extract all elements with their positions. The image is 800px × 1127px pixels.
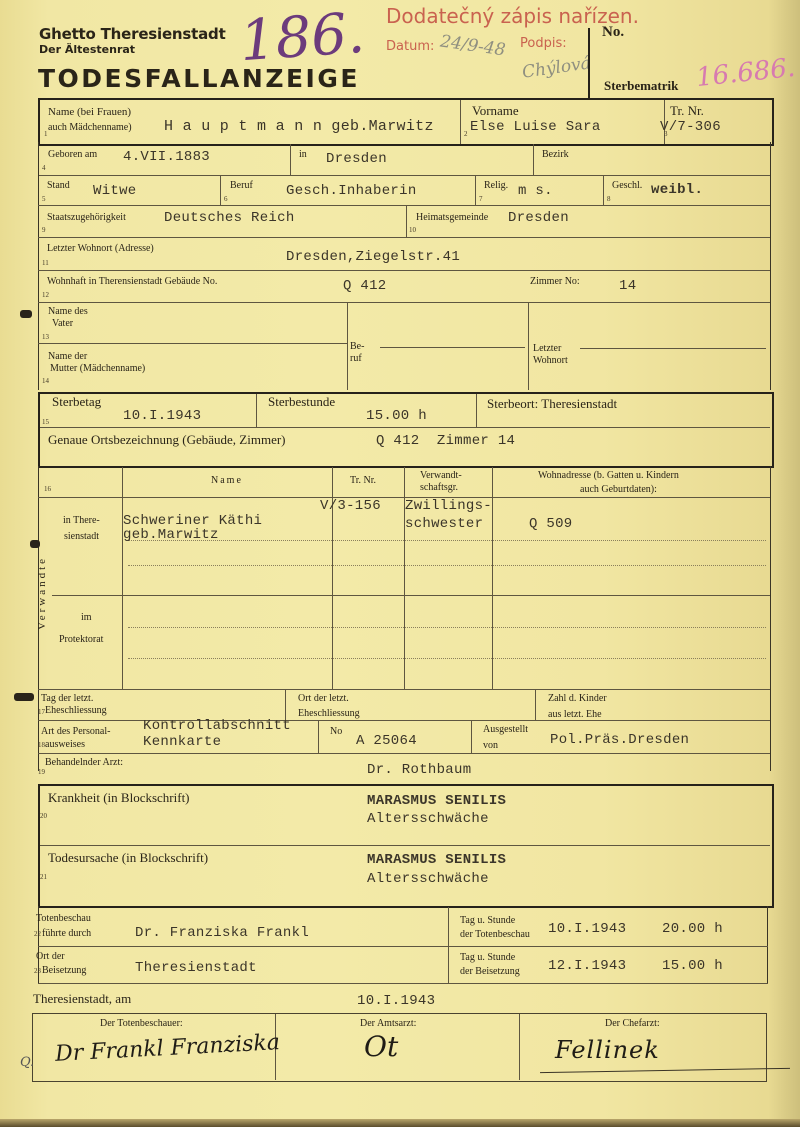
stand-label: Stand xyxy=(47,180,70,191)
no-label: No. xyxy=(602,24,624,41)
row-divider xyxy=(38,946,768,947)
divider xyxy=(318,721,319,753)
row-divider xyxy=(38,237,770,238)
todesursache-value-2: Altersschwäche xyxy=(367,871,489,887)
letzter-wohnort-label-2: Wohnort xyxy=(533,355,568,366)
row-divider xyxy=(38,175,770,176)
place-date-label: Theresienstadt, am xyxy=(33,991,131,1007)
sterbeort-label: Sterbeort: Theresienstadt xyxy=(487,398,617,410)
sterbestunde-value: 15.00 h xyxy=(366,408,427,424)
totenbeschau-date: 10.I.1943 xyxy=(548,921,626,937)
todesursache-value: MARASMUS SENILIS xyxy=(367,852,506,868)
divider xyxy=(492,467,493,689)
beruf-line xyxy=(380,347,525,348)
heimat-value: Dresden xyxy=(508,210,569,226)
arzt-value: Dr. Rothbaum xyxy=(367,762,471,778)
relative-address: Q 509 xyxy=(529,516,573,532)
entry-line xyxy=(128,540,766,541)
divider xyxy=(476,394,477,427)
staat-value: Deutsches Reich xyxy=(164,210,295,226)
relative-name-2: geb.Marwitz xyxy=(123,527,219,543)
divider xyxy=(256,394,257,427)
field-number: 14 xyxy=(42,378,49,385)
wohnort-line xyxy=(580,348,766,349)
relative-relationship: Zwillings- xyxy=(405,498,492,514)
eheschliessung-tag-label-2: Eheschliessung xyxy=(45,705,107,716)
org-subtitle: Der Ältestenrat xyxy=(39,43,135,56)
stamp-datum-value: 24/9-48 xyxy=(439,32,507,61)
field-number: 21 xyxy=(40,874,47,881)
totenbeschauer-label: Der Totenbeschauer: xyxy=(100,1018,183,1029)
sterbematrik-value: 16.686. xyxy=(695,53,797,93)
field-number: 1 xyxy=(44,131,48,138)
ortsbezeichnung-label: Genaue Ortsbezeichnung (Gebäude, Zimmer) xyxy=(48,434,286,446)
stamp-text: Dodatečný zápis nařízen. xyxy=(386,4,639,28)
field-number: 12 xyxy=(42,292,49,299)
section-number: 16 xyxy=(44,486,51,493)
left-border xyxy=(38,142,39,390)
row-divider xyxy=(38,270,770,271)
geboren-label: Geboren am xyxy=(48,149,97,160)
death-notice-document: Ghetto Theresienstadt Der Ältestenrat TO… xyxy=(0,0,800,1127)
field-number: 19 xyxy=(38,769,45,776)
vorname-value: Else Luise Sara xyxy=(470,119,601,135)
row-divider xyxy=(38,343,348,344)
handwritten-number: 186. xyxy=(238,4,367,73)
trnr-value: V/7-306 xyxy=(660,119,721,135)
ausweis-art-label: Art des Personal- xyxy=(41,726,110,737)
field-number: 13 xyxy=(42,334,49,341)
beruf2-label: Be- xyxy=(350,341,364,352)
bezirk-label: Bezirk xyxy=(542,149,569,160)
col-header-name: Name xyxy=(211,475,243,486)
divider xyxy=(471,721,472,753)
in-label: in xyxy=(299,149,307,160)
krankheit-label: Krankheit (in Blockschrift) xyxy=(48,792,190,804)
trnr-label: Tr. Nr. xyxy=(670,105,704,117)
divider xyxy=(285,690,286,720)
beisetzung-hour: 15.00 h xyxy=(662,958,723,974)
field-number: 15 xyxy=(42,419,49,426)
beruf-value: Gesch.Inhaberin xyxy=(286,183,417,199)
divider xyxy=(122,467,123,689)
birthplace-value: Dresden xyxy=(326,151,387,167)
divider xyxy=(347,303,348,390)
entry-line xyxy=(128,627,766,628)
col-header-verwandtschaft: Verwandt- xyxy=(420,470,462,481)
divider xyxy=(406,206,407,237)
stamp-podpis-value: Chýlová xyxy=(521,53,592,82)
sterbetag-label: Sterbetag xyxy=(52,396,101,408)
row-divider xyxy=(38,205,770,206)
geschl-label: Geschl. xyxy=(612,180,642,191)
amtsarzt-label: Der Amtsarzt: xyxy=(360,1018,416,1029)
mutter-label: Name der xyxy=(48,351,87,362)
divider xyxy=(603,176,604,205)
divider xyxy=(528,303,529,390)
field-number: 17 xyxy=(38,709,45,716)
field-number: 2 xyxy=(464,131,468,138)
row-divider xyxy=(38,689,770,690)
geboren-value: 4.VII.1883 xyxy=(123,149,210,165)
col-header-wohnadresse: Wohnadresse (b. Gatten u. Kindern xyxy=(538,470,679,481)
row-divider xyxy=(38,983,768,984)
field-number: 18 xyxy=(38,742,45,749)
beisetzung-ort-value: Theresienstadt xyxy=(135,960,257,976)
stamp-datum-label: Datum: xyxy=(386,39,434,54)
kinder-label: Zahl d. Kinder xyxy=(548,693,607,704)
field-number: 3 xyxy=(664,131,668,138)
divider xyxy=(519,1014,520,1080)
chefarzt-label: Der Chefarzt: xyxy=(605,1018,660,1029)
right-border xyxy=(770,142,771,390)
vater-label-2: Vater xyxy=(52,318,73,329)
entry-line xyxy=(128,565,766,566)
totenbeschau-time-label: Tag u. Stunde xyxy=(460,915,515,926)
group-protektorat-label: im xyxy=(81,612,92,623)
row-divider xyxy=(40,845,770,846)
group-divider xyxy=(52,595,770,596)
krankheit-value: MARASMUS SENILIS xyxy=(367,793,506,809)
org-name: Ghetto Theresienstadt xyxy=(39,25,226,43)
vorname-label: Vorname xyxy=(472,105,519,117)
relative-relationship-2: schwester xyxy=(405,516,483,532)
field-number: 9 xyxy=(42,227,46,234)
krankheit-value-2: Altersschwäche xyxy=(367,811,489,827)
relig-value: m s. xyxy=(518,183,553,199)
ausweis-art-value-2: Kennkarte xyxy=(143,734,221,750)
group-theresienstadt-label-2: sienstadt xyxy=(64,531,99,542)
ausgestellt-value: Pol.Präs.Dresden xyxy=(550,732,689,748)
binder-hole xyxy=(30,540,40,548)
verwandte-side-label: Verwandte xyxy=(36,556,48,630)
relative-trnr: V/3-156 xyxy=(320,498,381,514)
totenbeschau-label: Totenbeschau xyxy=(36,913,91,924)
name-label: Name (bei Frauen) xyxy=(48,106,131,118)
stamp-podpis-label: Podpis: xyxy=(520,36,567,51)
ausweis-art-label-2: ausweises xyxy=(45,739,85,750)
group-protektorat-label-2: Protektorat xyxy=(59,634,103,645)
group-theresienstadt-label: in There- xyxy=(63,515,100,526)
totenbeschau-value: Dr. Franziska Frankl xyxy=(135,925,309,941)
geschl-value: weibl. xyxy=(651,182,703,198)
entry-line xyxy=(128,658,766,659)
field-number: 11 xyxy=(42,260,49,267)
ausweis-no-value: A 25064 xyxy=(356,733,417,749)
ausweis-art-value: Kontrollabschnitt xyxy=(143,718,291,734)
field-number: 10 xyxy=(409,227,416,234)
sterbetag-value: 10.I.1943 xyxy=(123,408,201,424)
right-border xyxy=(770,466,771,771)
field-number: 6 xyxy=(224,196,228,203)
row-divider xyxy=(38,302,770,303)
mutter-label-2: Mutter (Mädchenname) xyxy=(50,363,145,374)
relig-label: Relig. xyxy=(484,180,508,191)
field-number: 4 xyxy=(42,165,46,172)
row-divider xyxy=(40,427,770,428)
stand-value: Witwe xyxy=(93,183,137,199)
heimat-label: Heimatsgemeinde xyxy=(416,212,488,223)
beisetzung-ort-label-2: Beisetzung xyxy=(42,965,86,976)
ortsbezeichnung-value: Q 412 Zimmer 14 xyxy=(376,433,515,449)
wohnort-label: Letzter Wohnort (Adresse) xyxy=(47,243,154,254)
beisetzung-time-label: Tag u. Stunde xyxy=(460,952,515,963)
chefarzt-signature: Fellinek xyxy=(555,1036,660,1064)
col-header-wohnadresse-2: auch Geburtdaten): xyxy=(580,484,657,495)
field-number: 8 xyxy=(607,196,611,203)
wohnort-value: Dresden,Ziegelstr.41 xyxy=(286,249,460,265)
field-number: 7 xyxy=(479,196,483,203)
col-header-verwandtschaft-2: schaftsgr. xyxy=(420,482,458,493)
divider xyxy=(475,176,476,205)
field-number: 23 xyxy=(34,968,41,975)
todesursache-label: Todesursache (in Blockschrift) xyxy=(48,852,208,864)
binder-hole xyxy=(14,693,34,701)
ausgestellt-label-2: von xyxy=(483,740,498,751)
zimmer-value: 14 xyxy=(619,278,636,294)
divider xyxy=(460,100,461,144)
row-divider xyxy=(38,753,770,754)
staat-label: Staatszugehörigkeit xyxy=(47,212,126,223)
header-divider xyxy=(588,28,590,98)
margin-mark: Q. xyxy=(20,1055,34,1070)
ausgestellt-label: Ausgestellt xyxy=(483,724,528,735)
death-box xyxy=(38,392,774,468)
divider xyxy=(448,907,449,983)
letzter-wohnort-label: Letzter xyxy=(533,343,561,354)
field-number: 22 xyxy=(34,931,41,938)
amtsarzt-signature: Ot xyxy=(364,1030,398,1063)
divider xyxy=(535,690,536,720)
eheschliessung-tag-label: Tag der letzt. xyxy=(41,693,93,704)
eheschliessung-ort-label: Ort der letzt. xyxy=(298,693,349,704)
divider xyxy=(220,176,221,205)
divider xyxy=(533,144,534,175)
divider xyxy=(290,144,291,175)
totenbeschau-time-label-2: der Totenbeschau xyxy=(460,929,530,940)
name-label-2: auch Mädchenname) xyxy=(48,122,132,134)
binder-hole xyxy=(20,310,32,318)
arzt-label: Behandelnder Arzt: xyxy=(45,757,123,768)
beruf2-label-2: ruf xyxy=(350,353,362,364)
vater-label: Name des xyxy=(48,306,88,317)
beisetzung-ort-label: Ort der xyxy=(36,951,65,962)
beisetzung-date: 12.I.1943 xyxy=(548,958,626,974)
col-header-trnr: Tr. Nr. xyxy=(350,475,376,486)
sterbestunde-label: Sterbestunde xyxy=(268,396,335,408)
field-number: 5 xyxy=(42,196,46,203)
zimmer-label: Zimmer No: xyxy=(530,276,580,287)
kinder-label-2: aus letzt. Ehe xyxy=(548,709,602,720)
beisetzung-time-label-2: der Beisetzung xyxy=(460,966,520,977)
sterbematrik-label: Sterbematrik xyxy=(604,78,678,94)
totenbeschau-hour: 20.00 h xyxy=(662,921,723,937)
ausweis-no-label: No xyxy=(330,726,342,737)
beruf-label: Beruf xyxy=(230,180,253,191)
totenbeschau-label-2: führte durch xyxy=(42,928,91,939)
wohnhaft-label: Wohnhaft in Therensienstadt Gebäude No. xyxy=(47,276,217,287)
eheschliessung-ort-label-2: Eheschliessung xyxy=(298,708,360,719)
place-date-value: 10.I.1943 xyxy=(357,993,435,1009)
right-border xyxy=(767,906,768,984)
surname-value: H a u p t m a n n geb.Marwitz xyxy=(164,118,434,135)
field-number: 20 xyxy=(40,813,47,820)
wohnhaft-value: Q 412 xyxy=(343,278,387,294)
